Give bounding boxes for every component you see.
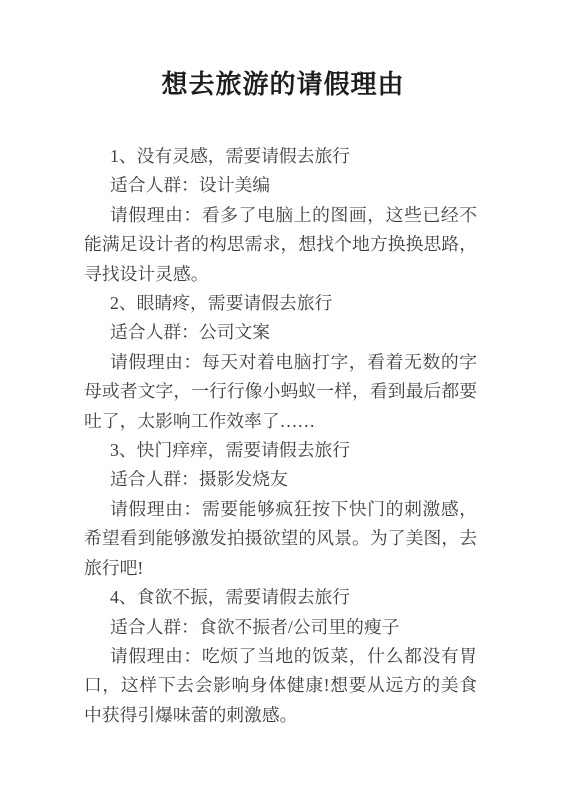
section-1-reason-paragraph: 请假理由：看多了电脑上的图画，这些已经不能满足设计者的构思需求，想找个地方换换思… (84, 201, 477, 289)
section-1-heading: 1、没有灵感，需要请假去旅行 (84, 142, 477, 171)
section-3-reason-paragraph: 请假理由：需要能够疯狂按下快门的刺激感，希望看到能够激发拍摄欲望的风景。为了美图… (84, 495, 477, 583)
document-title: 想去旅游的请假理由 (0, 66, 566, 102)
section-2-reason-paragraph: 请假理由：每天对着电脑打字，看着无数的字母或者文字，一行行像小蚂蚁一样，看到最后… (84, 348, 477, 436)
section-4-heading: 4、食欲不振，需要请假去旅行 (84, 583, 477, 612)
section-1: 1、没有灵感，需要请假去旅行 适合人群：设计美编 请假理由：看多了电脑上的图画，… (84, 142, 477, 289)
section-4-reason-paragraph: 请假理由：吃烦了当地的饭菜，什么都没有胃口，这样下去会影响身体健康!想要从远方的… (84, 642, 477, 730)
section-3-heading: 3、快门痒痒，需要请假去旅行 (84, 436, 477, 465)
section-4: 4、食欲不振，需要请假去旅行 适合人群：食欲不振者/公司里的瘦子 请假理由：吃烦… (84, 583, 477, 730)
section-4-audience-line: 适合人群：食欲不振者/公司里的瘦子 (84, 613, 477, 642)
section-3: 3、快门痒痒，需要请假去旅行 适合人群：摄影发烧友 请假理由：需要能够疯狂按下快… (84, 436, 477, 583)
section-2: 2、眼睛疼，需要请假去旅行 适合人群：公司文案 请假理由：每天对着电脑打字，看着… (84, 289, 477, 436)
section-2-heading: 2、眼睛疼，需要请假去旅行 (84, 289, 477, 318)
section-2-audience-line: 适合人群：公司文案 (84, 318, 477, 347)
section-3-audience-line: 适合人群：摄影发烧友 (84, 465, 477, 494)
section-1-audience-line: 适合人群：设计美编 (84, 171, 477, 200)
document-page: 想去旅游的请假理由 1、没有灵感，需要请假去旅行 适合人群：设计美编 请假理由：… (0, 0, 566, 800)
document-body: 1、没有灵感，需要请假去旅行 适合人群：设计美编 请假理由：看多了电脑上的图画，… (84, 142, 477, 730)
